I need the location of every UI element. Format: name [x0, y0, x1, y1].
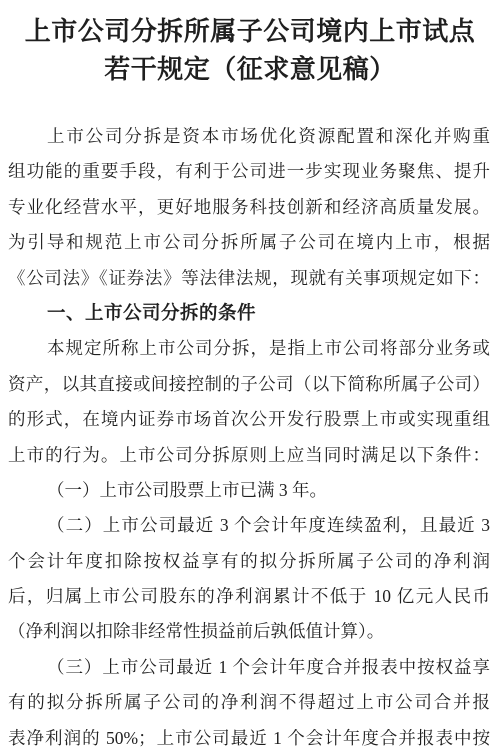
text-line: 为引导和规范上市公司分拆所属子公司在境内上市，根据 — [8, 225, 490, 260]
text-line: （一）上市公司股票上市已满 3 年。 — [8, 473, 490, 508]
text-line: 一、上市公司分拆的条件 — [8, 296, 490, 331]
text-line: 资产，以其直接或间接控制的子公司（以下简称所属子公司） — [8, 367, 490, 402]
document-title-line-1: 上市公司分拆所属子公司境内上市试点 — [0, 13, 500, 51]
text-line: 后，归属上市公司股东的净利润累计不低于 10 亿元人民币 — [8, 579, 490, 614]
text-line: 组功能的重要手段，有利于公司进一步实现业务聚焦、提升 — [8, 154, 490, 189]
text-line: （净利润以扣除非经常性损益前后孰低值计算）。 — [8, 614, 490, 649]
text-line: 表净利润的 50%；上市公司最近 1 个会计年度合并报表中按 — [8, 721, 490, 755]
text-line: 本规定所称上市公司分拆，是指上市公司将部分业务或 — [8, 331, 490, 366]
text-line: 有的拟分拆所属子公司的净利润不得超过上市公司合并报 — [8, 685, 490, 720]
text-line: 上市公司分拆是资本市场优化资源配置和深化并购重 — [8, 119, 490, 154]
text-line: （二）上市公司最近 3 个会计年度连续盈利，且最近 3 — [8, 508, 490, 543]
text-line: 上市的行为。上市公司分拆原则上应当同时满足以下条件： — [8, 438, 490, 473]
text-line: （三）上市公司最近 1 个会计年度合并报表中按权益享 — [8, 650, 490, 685]
text-line: 《公司法》《证券法》等法律法规，现就有关事项规定如下： — [8, 261, 490, 296]
text-line: 的形式，在境内证券市场首次公开发行股票上市或实现重组 — [8, 402, 490, 437]
document-title: 上市公司分拆所属子公司境内上市试点 若干规定（征求意见稿） — [0, 0, 500, 89]
document-title-line-2: 若干规定（征求意见稿） — [0, 51, 500, 89]
document-body: 上市公司分拆是资本市场优化资源配置和深化并购重组功能的重要手段，有利于公司进一步… — [0, 119, 500, 755]
document-page: 上市公司分拆所属子公司境内上市试点 若干规定（征求意见稿） 上市公司分拆是资本市… — [0, 0, 500, 755]
text-line: 专业化经营水平，更好地服务科技创新和经济高质量发展。 — [8, 190, 490, 225]
text-line: 个会计年度扣除按权益享有的拟分拆所属子公司的净利润 — [8, 544, 490, 579]
